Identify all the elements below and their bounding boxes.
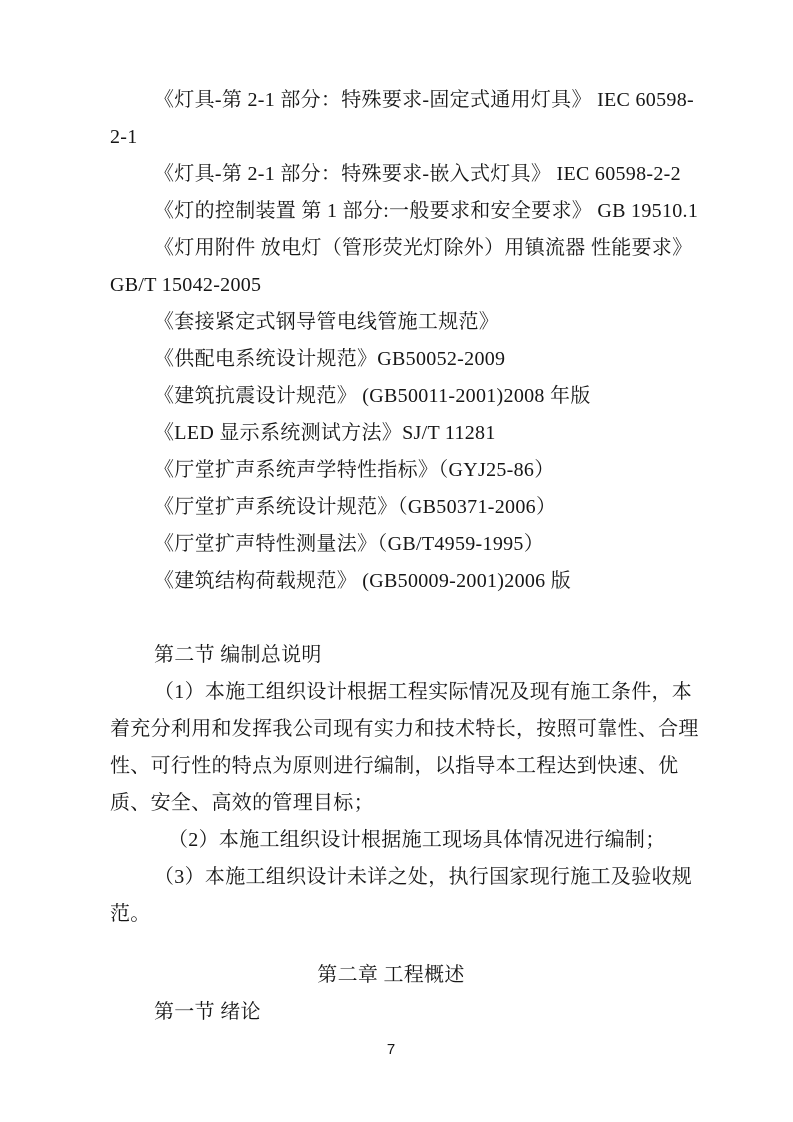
paragraph-line-continuation: 质、安全、高效的管理目标；: [110, 785, 672, 822]
paragraph-line: （2）本施工组织设计根据施工现场具体情况进行编制；: [110, 822, 672, 859]
standard-item-line: 《套接紧定式钢导管电线管施工规范》: [110, 304, 672, 341]
paragraph-line-continuation: 着充分利用和发挥我公司现有实力和技术特长，按照可靠性、合理: [110, 711, 672, 748]
section-heading: 第二节 编制总说明: [110, 637, 672, 674]
paragraph-line: （1）本施工组织设计根据工程实际情况及现有施工条件，本: [110, 674, 672, 711]
chapter-heading: 第二章 工程概述: [110, 957, 672, 994]
standard-item-line-continuation: 2-1: [110, 119, 672, 156]
paragraph-line-continuation: 性、可行性的特点为原则进行编制，以指导本工程达到快速、优: [110, 748, 672, 785]
section-heading: 第一节 绪论: [110, 994, 672, 1031]
standard-item-line-continuation: GB/T 15042-2005: [110, 267, 672, 304]
standard-item-line: 《灯的控制装置 第 1 部分:一般要求和安全要求》 GB 19510.1: [110, 193, 672, 230]
standard-item-line: 《供配电系统设计规范》GB50052-2009: [110, 341, 672, 378]
standard-item-line: 《灯具-第 2-1 部分：特殊要求-嵌入式灯具》 IEC 60598-2-2: [110, 156, 672, 193]
paragraph-line: （3）本施工组织设计未详之处，执行国家现行施工及验收规: [110, 859, 672, 896]
document-body: 《灯具-第 2-1 部分：特殊要求-固定式通用灯具》 IEC 60598- 2-…: [110, 82, 672, 1065]
standard-item-line: 《厅堂扩声特性测量法》（GB/T4959-1995）: [110, 526, 672, 563]
blank-line: [110, 933, 672, 957]
paragraph-line-continuation: 范。: [110, 896, 672, 933]
standard-item-line: 《厅堂扩声系统设计规范》（GB50371-2006）: [110, 489, 672, 526]
blank-line: [110, 600, 672, 637]
standard-item-line: 《建筑结构荷载规范》 (GB50009-2001)2006 版: [110, 563, 672, 600]
standard-item-line: 《厅堂扩声系统声学特性指标》（GYJ25-86）: [110, 452, 672, 489]
document-page: 《灯具-第 2-1 部分：特殊要求-固定式通用灯具》 IEC 60598- 2-…: [0, 0, 793, 1122]
standard-item-line: 《LED 显示系统测试方法》SJ/T 11281: [110, 415, 672, 452]
standard-item-line: 《灯用附件 放电灯（管形荧光灯除外）用镇流器 性能要求》: [110, 230, 672, 267]
standard-item-line: 《建筑抗震设计规范》 (GB50011-2001)2008 年版: [110, 378, 672, 415]
standard-item-line: 《灯具-第 2-1 部分：特殊要求-固定式通用灯具》 IEC 60598-: [110, 82, 672, 119]
page-number: 7: [110, 1035, 672, 1065]
